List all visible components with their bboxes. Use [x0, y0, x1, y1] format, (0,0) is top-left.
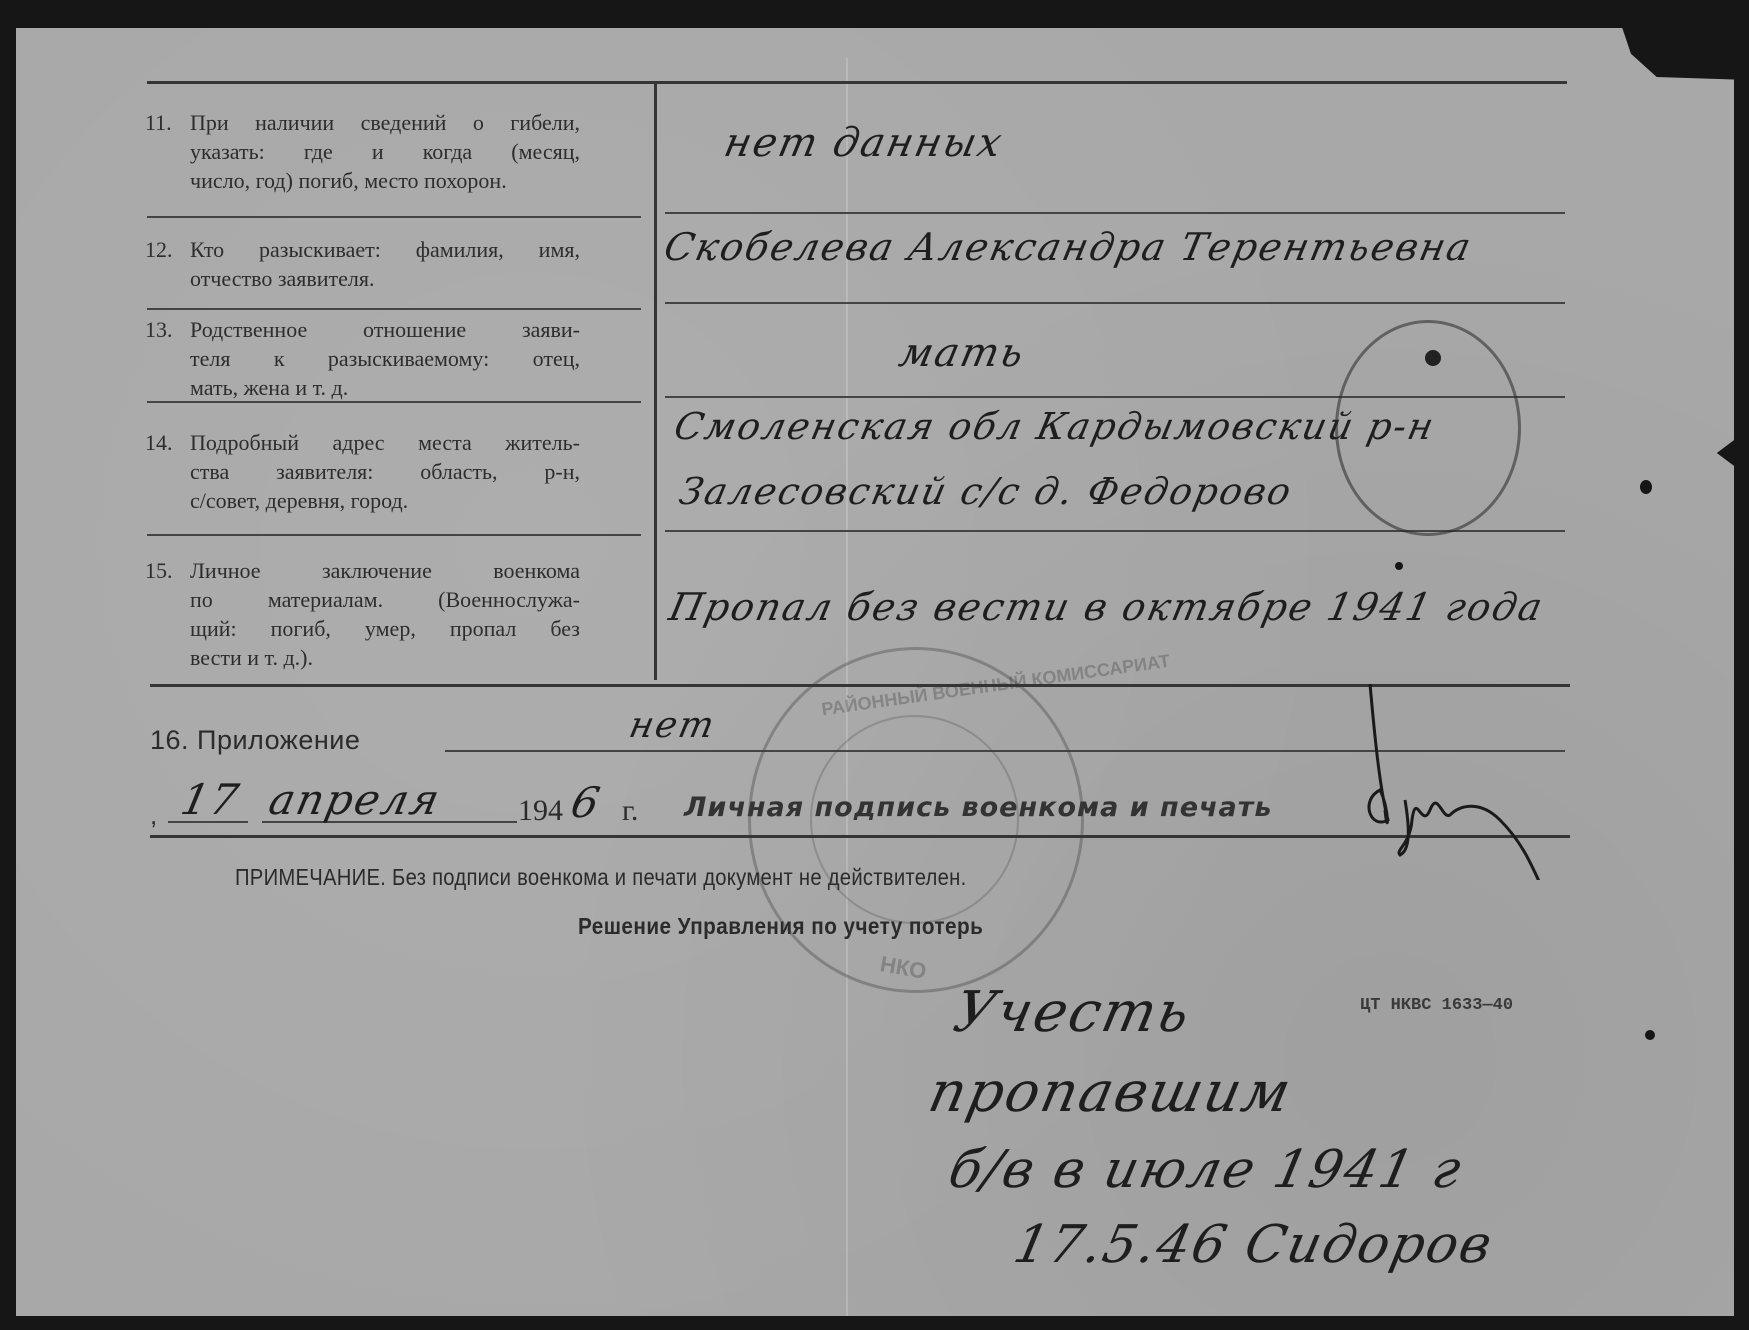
punch-hole: [1645, 1030, 1655, 1040]
date-year-unit: г.: [622, 794, 638, 828]
date-year-prefix: 194: [518, 794, 563, 828]
decision-line-1: Учесть: [948, 980, 1197, 1045]
attachment-label: 16. Приложение: [150, 725, 360, 756]
decision-heading: Решение Управления по учету потерь: [578, 913, 983, 940]
answer-14-line2-handwritten: Залесовский с/с д. Федорово: [675, 470, 1296, 513]
attachment-value-handwritten: нет: [626, 705, 720, 746]
answer-14-line1-handwritten: Смоленская обл Кардымовский р-н: [670, 405, 1439, 448]
row-separator-right: [665, 212, 1565, 214]
date-month-handwritten: апреля: [265, 775, 446, 824]
row-separator-left: [147, 216, 641, 218]
commissar-signature: [1350, 680, 1610, 880]
decision-line-4: 17.5.46 Сидоров: [1009, 1215, 1499, 1275]
decision-line-3: б/в в июле 1941 г: [944, 1140, 1468, 1200]
stamp-inner-ring: [810, 715, 1019, 924]
answer-12-handwritten: Скобелева Александра Терентьевна: [660, 225, 1476, 269]
punch-hole: [1640, 480, 1652, 494]
top-rule: [147, 81, 1567, 84]
row-separator-left: [147, 308, 641, 310]
row-separator-right: [665, 302, 1565, 304]
note-text: ПРИМЕЧАНИЕ. Без подписи военкома и печат…: [235, 864, 966, 891]
answer-11-handwritten: нет данных: [720, 120, 1007, 166]
row-separator-left: [147, 534, 641, 536]
column-divider: [654, 84, 657, 680]
print-code: ЦТ НКВС 1633—40: [1360, 996, 1513, 1015]
answer-13-handwritten: мать: [895, 330, 1029, 376]
punch-hole: [1395, 562, 1403, 570]
date-day-handwritten: 17: [177, 775, 245, 824]
answer-15-handwritten: Пропал без вести в октябре 1941 года: [665, 585, 1548, 629]
stamp-puncture: [1425, 350, 1441, 366]
decision-line-2: пропавшим: [923, 1060, 1298, 1125]
date-open-quote: ,: [150, 800, 157, 831]
